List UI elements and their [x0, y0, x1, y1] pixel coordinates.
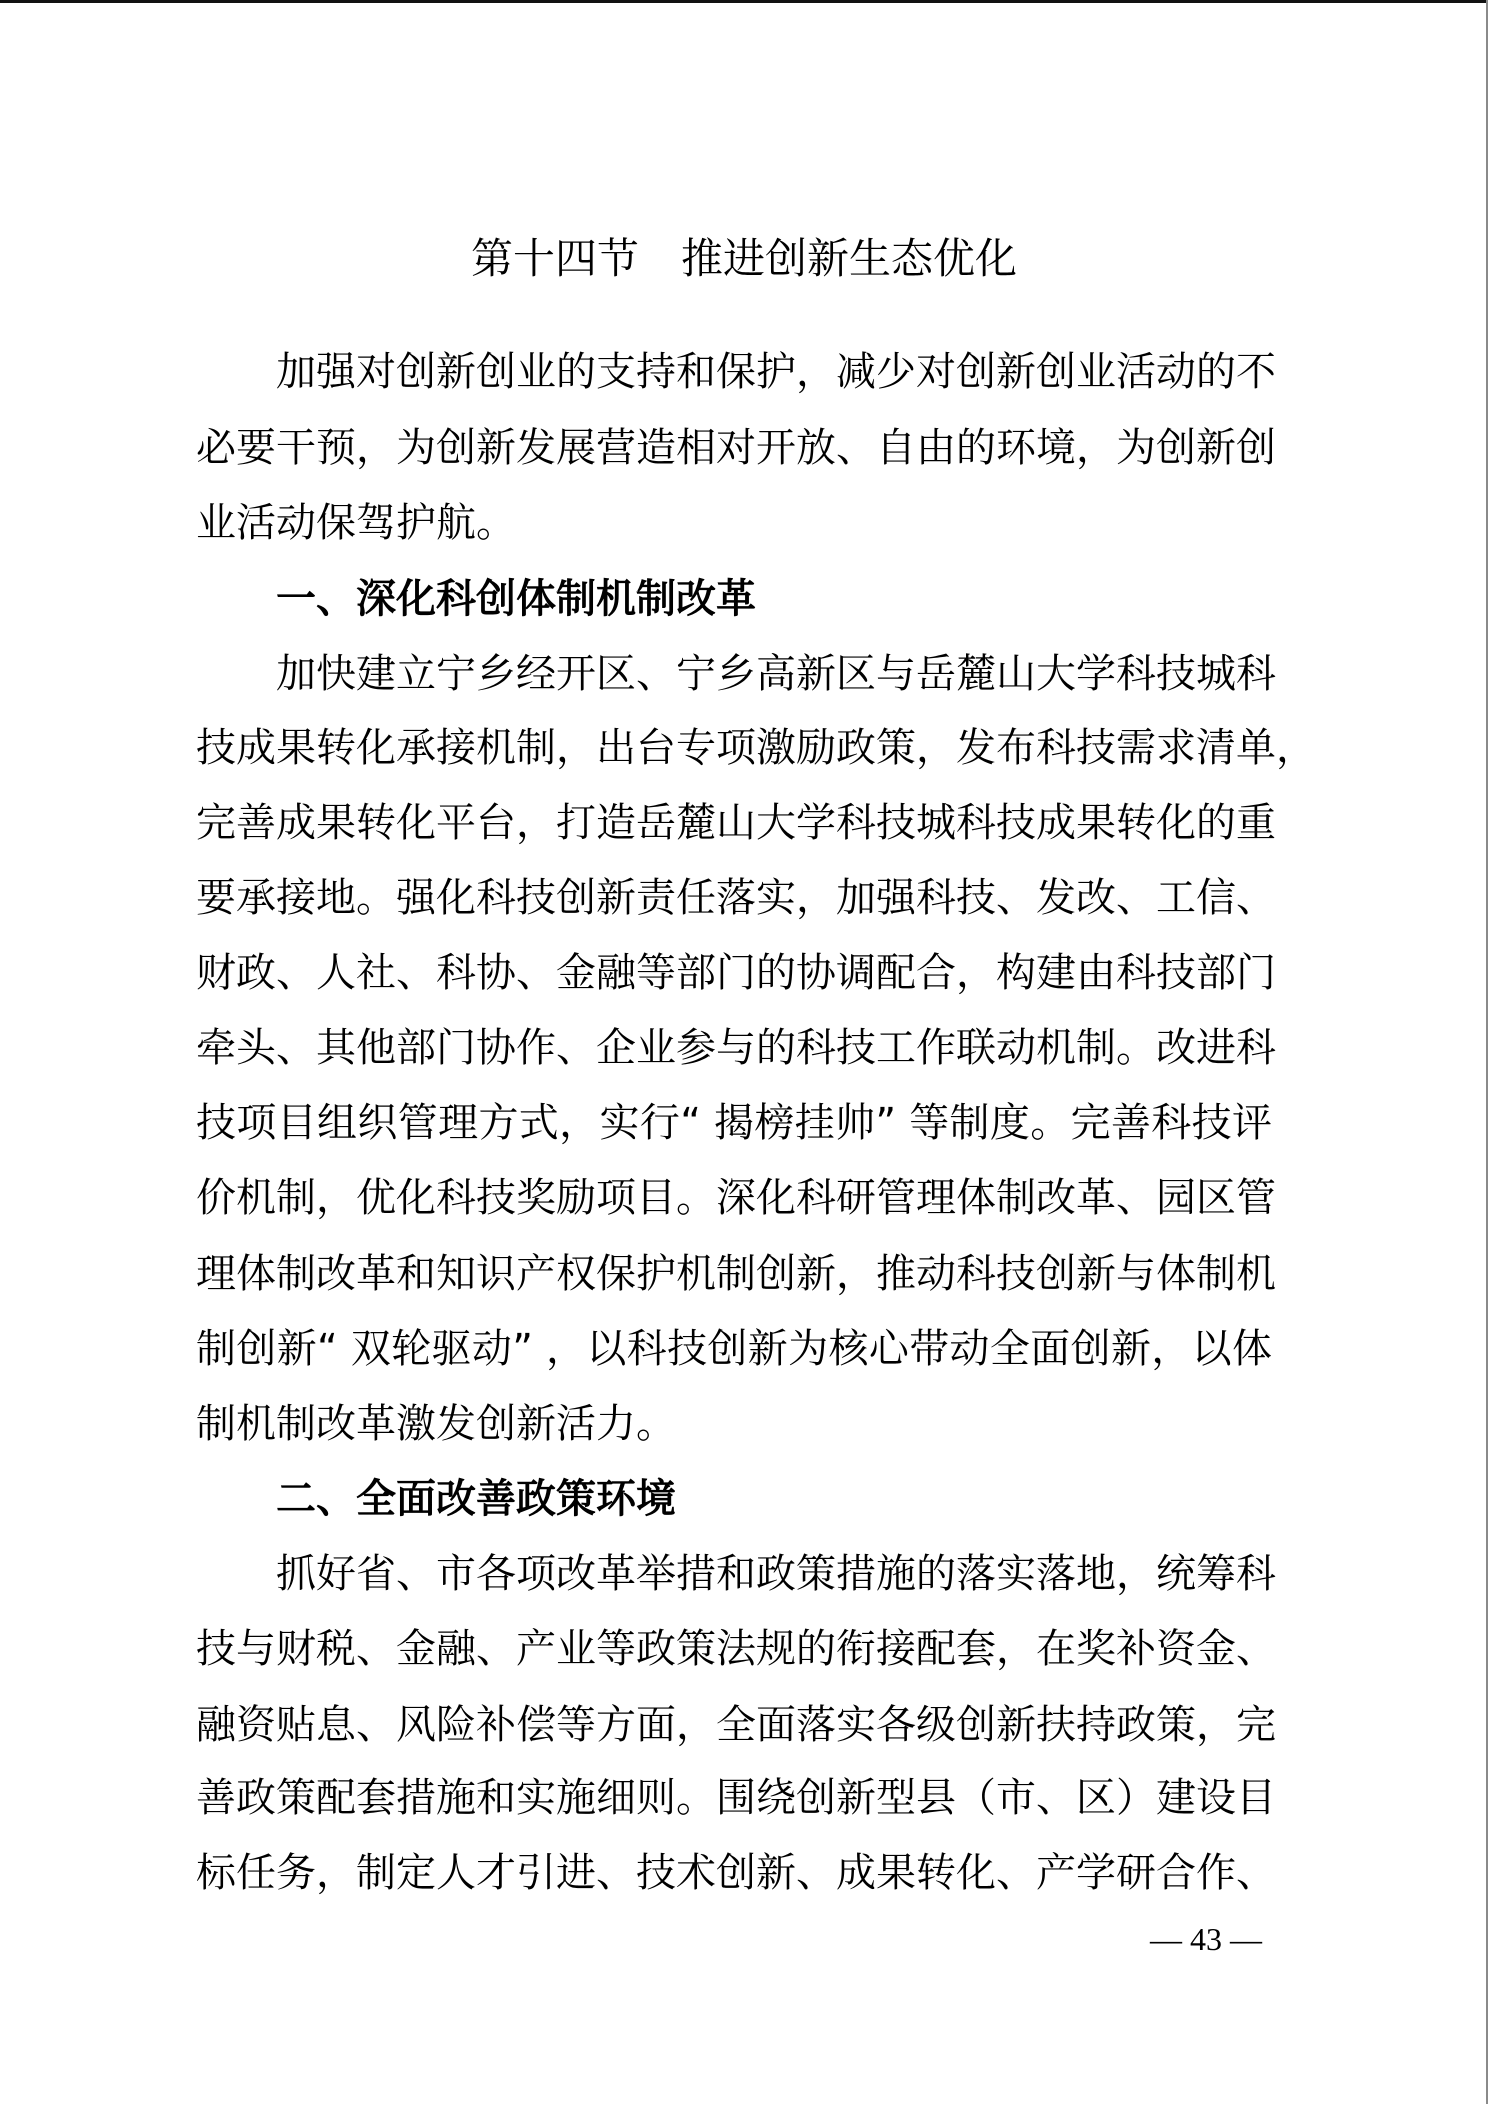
paragraph-line: 技项目组织管理方式，实行“ 揭榜挂帅” 等制度。完善科技评	[196, 1095, 1272, 1151]
document-page: 第十四节 推进创新生态优化 加强对创新创业的支持和保护，减少对创新创业活动的不 …	[0, 0, 1488, 2104]
paragraph-line: 财政、人社、科协、金融等部门的协调配合，构建由科技部门	[196, 945, 1272, 1001]
paragraph-line: 要承接地。强化科技创新责任落实，加强科技、发改、工信、	[196, 870, 1272, 926]
paragraph-line: 加快建立宁乡经开区、宁乡高新区与岳麓山大学科技城科	[276, 646, 1272, 702]
subsection-heading-2: 二、全面改善政策环境	[276, 1471, 676, 1527]
paragraph-line: 技成果转化承接机制，出台专项激励政策，发布科技需求清单，	[196, 720, 1272, 776]
paragraph-line: 技与财税、金融、产业等政策法规的衔接配套，在奖补资金、	[196, 1621, 1272, 1677]
paragraph-line: 完善成果转化平台，打造岳麓山大学科技城科技成果转化的重	[196, 795, 1272, 851]
paragraph-line: 融资贴息、风险补偿等方面，全面落实各级创新扶持政策，完	[196, 1697, 1272, 1753]
paragraph-line: 标任务，制定人才引进、技术创新、成果转化、产学研合作、	[196, 1845, 1272, 1901]
paragraph-line: 必要干预，为创新发展营造相对开放、自由的环境，为创新创	[196, 420, 1272, 476]
paragraph-line: 制机制改革激发创新活力。	[196, 1396, 1272, 1452]
paragraph-line: 制创新“ 双轮驱动” ，以科技创新为核心带动全面创新，以体	[196, 1321, 1272, 1377]
paragraph-line: 抓好省、市各项改革举措和政策措施的落实落地，统筹科	[276, 1546, 1272, 1602]
paragraph-line: 业活动保驾护航。	[196, 495, 1272, 551]
paragraph-line: 善政策配套措施和实施细则。围绕创新型县（市、区）建设目	[196, 1770, 1272, 1826]
paragraph-line: 加强对创新创业的支持和保护，减少对创新创业活动的不	[276, 344, 1272, 400]
subsection-heading-1: 一、深化科创体制机制改革	[276, 571, 756, 627]
paragraph-line: 理体制改革和知识产权保护机制创新，推动科技创新与体制机	[196, 1246, 1272, 1302]
paragraph-line: 牵头、其他部门协作、企业参与的科技工作联动机制。改进科	[196, 1020, 1272, 1076]
section-title: 第十四节 推进创新生态优化	[0, 232, 1488, 286]
paragraph-line: 价机制，优化科技奖励项目。深化科研管理体制改革、园区管	[196, 1170, 1272, 1226]
page-number: — 43 —	[1140, 1918, 1272, 1960]
